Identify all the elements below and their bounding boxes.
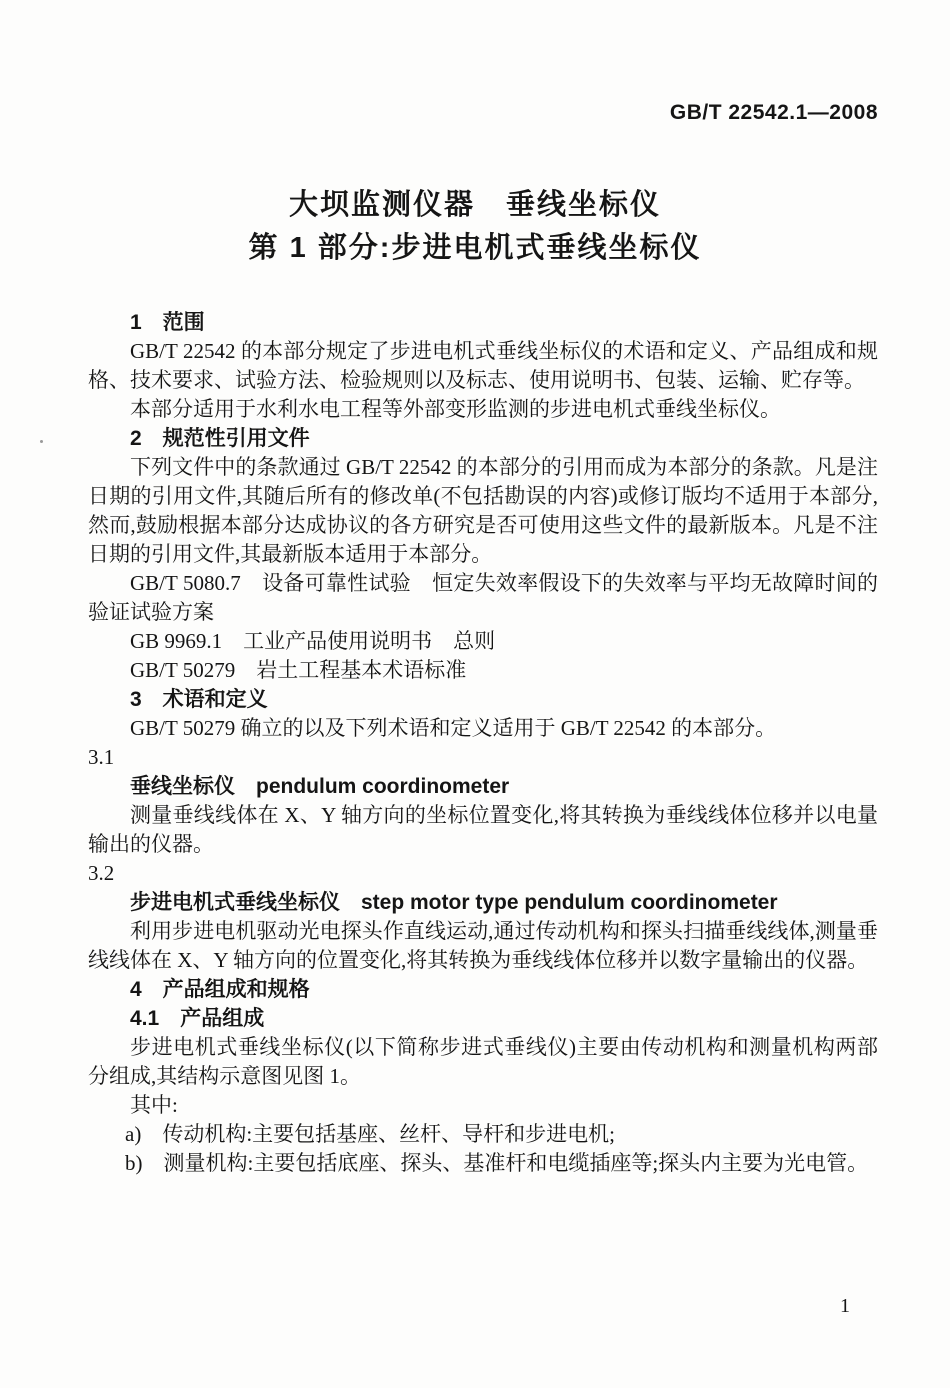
page-number: 1: [840, 1295, 850, 1318]
section-4-1-heading: 4.1 产品组成: [88, 1004, 878, 1033]
scan-artifact-dot: [40, 440, 43, 443]
section-4-1-list-item-b: b) 测量机构:主要包括底座、探头、基准杆和电缆插座等;探头内主要为光电管。: [125, 1149, 878, 1178]
standard-number-header: GB/T 22542.1—2008: [670, 101, 878, 125]
section-4-1-paragraph-2: 其中:: [88, 1091, 878, 1120]
clause-3-2-number: 3.2: [88, 859, 878, 888]
section-1-heading: 1 范围: [88, 308, 878, 337]
section-2-paragraph-1: 下列文件中的条款通过 GB/T 22542 的本部分的引用而成为本部分的条款。凡…: [88, 453, 878, 569]
clause-3-1-number: 3.1: [88, 743, 878, 772]
clause-3-2-definition: 利用步进电机驱动光电探头作直线运动,通过传动机构和探头扫描垂线线体,测量垂线线体…: [88, 917, 878, 975]
section-2-reference-2: GB 9969.1 工业产品使用说明书 总则: [88, 627, 878, 656]
document-title-line-2: 第 1 部分:步进电机式垂线坐标仪: [0, 227, 950, 270]
document-page: GB/T 22542.1—2008 大坝监测仪器 垂线坐标仪 第 1 部分:步进…: [0, 0, 950, 1388]
clause-3-1-term: 垂线坐标仪 pendulum coordinometer: [88, 772, 878, 801]
section-1-paragraph-2: 本部分适用于水利水电工程等外部变形监测的步进电机式垂线坐标仪。: [88, 395, 878, 424]
section-4-1-paragraph-1: 步进电机式垂线坐标仪(以下简称步进式垂线仪)主要由传动机构和测量机构两部分组成,…: [88, 1033, 878, 1091]
document-title-line-1: 大坝监测仪器 垂线坐标仪: [0, 184, 950, 227]
section-2-heading: 2 规范性引用文件: [88, 424, 878, 453]
section-2-reference-1: GB/T 5080.7 设备可靠性试验 恒定失效率假设下的失效率与平均无故障时间…: [88, 569, 878, 627]
section-4-1-list-item-a: a) 传动机构:主要包括基座、丝杆、导杆和步进电机;: [125, 1120, 878, 1149]
section-3-heading: 3 术语和定义: [88, 685, 878, 714]
section-3-intro: GB/T 50279 确立的以及下列术语和定义适用于 GB/T 22542 的本…: [88, 714, 878, 743]
document-title: 大坝监测仪器 垂线坐标仪 第 1 部分:步进电机式垂线坐标仪: [0, 184, 950, 270]
clause-3-1-definition: 测量垂线线体在 X、Y 轴方向的坐标位置变化,将其转换为垂线线体位移并以电量输出…: [88, 801, 878, 859]
section-4-heading: 4 产品组成和规格: [88, 975, 878, 1004]
section-2-reference-3: GB/T 50279 岩土工程基本术语标准: [88, 656, 878, 685]
section-1-paragraph-1: GB/T 22542 的本部分规定了步进电机式垂线坐标仪的术语和定义、产品组成和…: [88, 337, 878, 395]
clause-3-2-term: 步进电机式垂线坐标仪 step motor type pendulum coor…: [88, 888, 878, 917]
document-body: 1 范围 GB/T 22542 的本部分规定了步进电机式垂线坐标仪的术语和定义、…: [88, 308, 878, 1178]
